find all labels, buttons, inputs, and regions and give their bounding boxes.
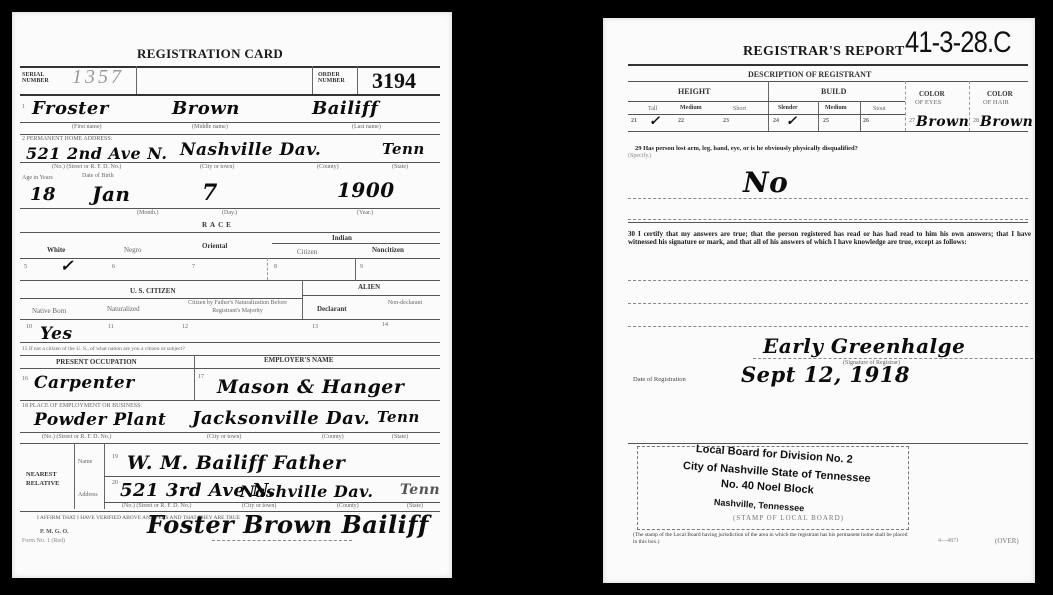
field-number: 9 (360, 264, 363, 270)
race-title: RACE (202, 221, 234, 229)
serial-number-value: 1357 (72, 66, 124, 89)
caption: (Month.) (137, 210, 159, 216)
caption: (City or town) (200, 164, 234, 170)
non-declarant-label: Non-declarant (387, 300, 423, 306)
eyes-subtitle: OF EYES (915, 99, 941, 106)
local-board-stamp-box: Local Board for Division No. 2 City of N… (637, 446, 909, 530)
field-number: 21 (631, 118, 637, 124)
age-label: Age in Years (22, 175, 53, 181)
nearest-relative-label: NEAREST RELATIVE (26, 470, 66, 488)
caption: (County) (337, 503, 359, 509)
caption: (County) (322, 434, 344, 440)
caption: (Day.) (222, 210, 237, 216)
report-title: REGISTRAR'S REPORT (743, 44, 905, 60)
field-number: 28 (973, 118, 979, 124)
caption: (First name) (72, 124, 102, 130)
caption: (City or town) (242, 503, 276, 509)
caption: (City or town) (207, 434, 241, 440)
field-number: 1 (22, 104, 25, 110)
relative-address-city: Nashville Dav. (240, 482, 373, 501)
dob-day: 7 (202, 180, 218, 206)
date-of-registration-label: Date of Registration (633, 376, 686, 383)
race-indian-noncitizen-label: Noncitizen (372, 246, 404, 254)
present-occupation-label: PRESENT OCCUPATION (56, 358, 137, 366)
field-number: 12 (182, 324, 188, 330)
registration-card-front: REGISTRATION CARD SERIAL NUMBER 1357 ORD… (12, 12, 452, 578)
place-of-employment-label: 18 PLACE OF EMPLOYMENT OR BUSINESS: (22, 403, 142, 409)
field-number: 22 (678, 118, 684, 124)
height-tall-label: Tall (648, 106, 657, 112)
dob-month: Jan (92, 182, 130, 206)
form-reference: 4—4871 (938, 538, 959, 544)
registrant-signature: Foster Brown Bailiff (147, 510, 429, 539)
relative-address-label: Address (78, 492, 98, 498)
relative-name-value: W. M. Bailiff Father (127, 452, 345, 474)
field-15-label: 15 If not a citizen of the U. S., of wha… (22, 346, 185, 352)
field-number: 27 (909, 118, 915, 124)
build-stout-label: Stout (873, 106, 886, 112)
build-title: BUILD (821, 87, 846, 96)
race-negro-label: Negro (124, 246, 142, 254)
stamp-line: Nashville, Tennessee (714, 497, 805, 513)
age-value: 18 (30, 184, 56, 205)
build-slender-mark: ✓ (786, 114, 797, 129)
race-white-mark: ✓ (60, 256, 74, 275)
address-city: Nashville Dav. (180, 140, 321, 160)
field-number: 24 (773, 118, 779, 124)
field-number: 25 (823, 118, 829, 124)
caption: (No.) (Street or R. F. D. No.) (122, 503, 191, 509)
caption: (State) (407, 503, 423, 509)
description-title: DESCRIPTION OF REGISTRANT (748, 70, 871, 79)
height-title: HEIGHT (678, 87, 710, 96)
field-29-specify: (Specify.) (628, 153, 651, 159)
field-30-certification: 30 I certify that my answers are true; t… (628, 230, 1031, 246)
hair-color-value: Brown (980, 114, 1033, 130)
employers-name-label: EMPLOYER'S NAME (264, 356, 333, 364)
race-white-label: White (47, 246, 65, 254)
indian-label: Indian (332, 234, 352, 242)
over-label: (OVER) (995, 537, 1019, 545)
field-29-answer: No (743, 166, 788, 199)
field-number: 23 (723, 118, 729, 124)
race-oriental-label: Oriental (202, 242, 227, 250)
form-number: Form No. 1 (Red) (22, 538, 65, 544)
field-29-question: 29 Has person lost arm, leg, hand, eye, … (635, 145, 858, 152)
registrar-signature: Early Greenhalge (763, 334, 965, 358)
native-born-value: Yes (40, 324, 73, 344)
field-number: 20 (112, 480, 118, 486)
last-name: Bailiff (312, 98, 378, 119)
hair-title: COLOR (987, 90, 1013, 98)
address-street: 521 2nd Ave N. (26, 144, 167, 163)
stamp-instructions: (The stamp of the Local Board having jur… (633, 532, 913, 546)
employment-place: Powder Plant (34, 410, 166, 430)
field-number: 26 (863, 118, 869, 124)
native-born-label: Native Born (32, 307, 66, 315)
permanent-address-label: 2 PERMANENT HOME ADDRESS: (22, 136, 112, 142)
build-medium-label: Medium (825, 105, 847, 111)
date-of-registration-value: Sept 12, 1918 (741, 362, 910, 387)
serial-number-label: SERIAL NUMBER (22, 72, 58, 84)
build-slender-label: Slender (778, 105, 798, 111)
caption: (No.) (Street or R. F. D. No.) (52, 164, 121, 170)
field-number: 6 (112, 264, 115, 270)
caption: (No.) (Street or R. F. D. No.) (42, 434, 111, 440)
first-name: Froster (32, 98, 109, 119)
dob-year: 1900 (337, 178, 395, 202)
field-number: 17 (198, 374, 204, 380)
alien-title: ALIEN (358, 283, 380, 291)
registrars-report-back: REGISTRAR'S REPORT 41-3-28.C DESCRIPTION… (603, 18, 1035, 583)
report-stamp-code: 41-3-28.C (905, 26, 1011, 60)
address-state: Tenn (382, 140, 425, 158)
naturalized-label: Naturalized (107, 305, 140, 313)
caption: (Middle name) (192, 124, 228, 130)
height-medium-label: Medium (680, 105, 702, 111)
hair-subtitle: OF HAIR (983, 99, 1009, 106)
employer-value: Mason & Hanger (217, 376, 404, 398)
dob-label: Date of Birth (82, 173, 114, 179)
order-number-label: ORDER NUMBER (318, 72, 350, 84)
field-number: 19 (112, 454, 118, 460)
field-number: 8 (274, 264, 277, 270)
caption: (State) (392, 164, 408, 170)
relative-name-label: Name (78, 459, 92, 465)
stamp-line: No. 40 Noel Block (721, 478, 815, 496)
order-number-value: 3194 (372, 68, 416, 94)
employment-state: Tenn (377, 408, 420, 426)
field-number: 5 (24, 264, 27, 270)
caption: (State) (392, 434, 408, 440)
declarant-label: Declarant (317, 305, 347, 313)
field-number: 7 (192, 264, 195, 270)
form-code: P. M. G. O. (40, 529, 69, 535)
height-tall-mark: ✓ (649, 114, 660, 129)
relative-address-state: Tenn (400, 482, 440, 498)
citizen-by-father-label: Citizen by Father's Naturalization Befor… (180, 299, 295, 315)
card-title: REGISTRATION CARD (137, 46, 283, 62)
field-number: 10 (26, 324, 32, 330)
height-short-label: Short (733, 106, 746, 112)
middle-name: Brown (172, 98, 240, 119)
employment-city: Jacksonville Dav. (192, 408, 370, 429)
eyes-title: COLOR (919, 90, 945, 98)
caption: (Last name) (352, 124, 381, 130)
caption: (County) (317, 164, 339, 170)
occupation-value: Carpenter (34, 373, 135, 393)
field-number: 13 (312, 324, 318, 330)
stamp-caption: (STAMP OF LOCAL BOARD) (733, 514, 844, 522)
field-number: 16 (22, 376, 28, 382)
field-number: 11 (108, 324, 114, 330)
caption: (Year.) (357, 210, 373, 216)
eye-color-value: Brown (916, 114, 969, 130)
field-number: 14 (382, 322, 388, 328)
us-citizen-title: U. S. CITIZEN (130, 287, 176, 295)
race-indian-citizen-label: Citizen (297, 248, 317, 256)
